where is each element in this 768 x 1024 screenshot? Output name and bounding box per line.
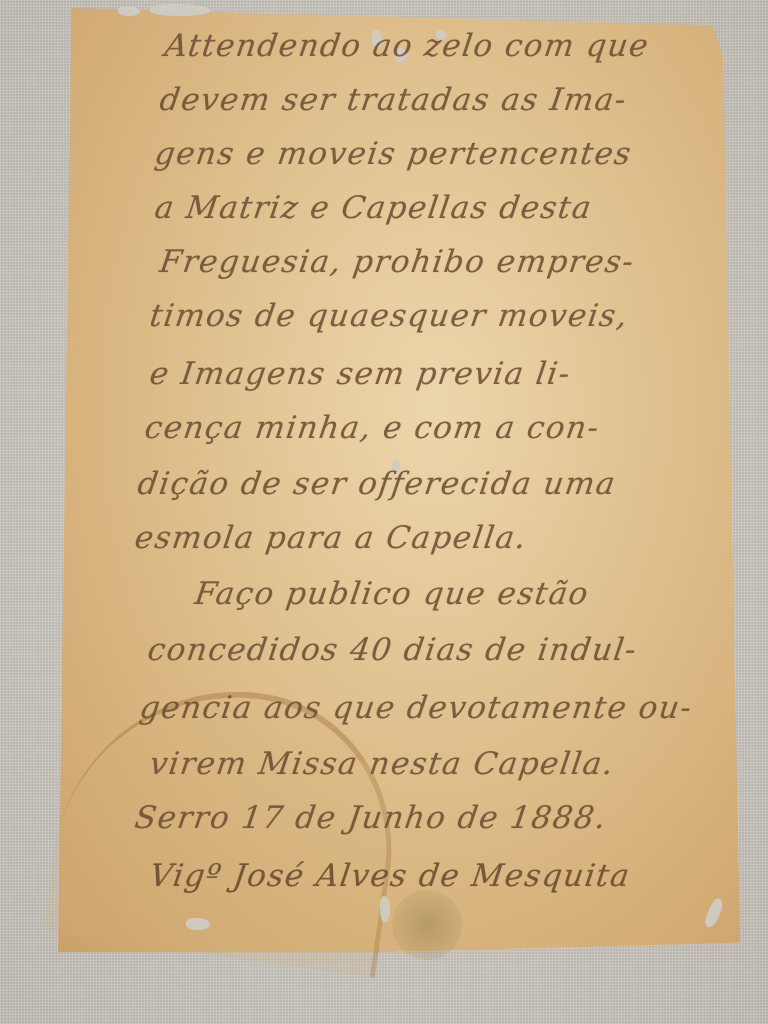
text-line: e Imagens sem previa li- [147,356,573,392]
text-line: esmola para a Capella. [132,520,529,556]
dateline: Serro 17 de Junho de 1888. [132,800,609,836]
text-line: a Matriz e Capellas desta [152,190,594,226]
text-line: timos de quaesquer moveis, [147,298,630,334]
text-line: Faço publico que estão [192,576,591,612]
text-line: devem ser tratadas as Ima- [157,82,629,118]
text-line: virem Missa nesta Capella. [147,746,616,782]
text-line: cença minha, e com a con- [142,410,602,446]
text-line: gens e moveis pertencentes [152,136,634,172]
signature: Vigº José Alves de Mesquita [147,858,632,894]
text-line: gencia aos que devotamente ou- [137,690,695,726]
text-line: dição de ser offerecida uma [135,466,618,502]
text-line: concedidos 40 dias de indul- [145,632,639,668]
text-line: Attendendo ao zelo com que [162,28,651,64]
handwritten-text: Attendendo ao zelo com que devem ser tra… [0,0,768,1024]
text-line: Freguesia, prohibo empres- [157,244,637,280]
